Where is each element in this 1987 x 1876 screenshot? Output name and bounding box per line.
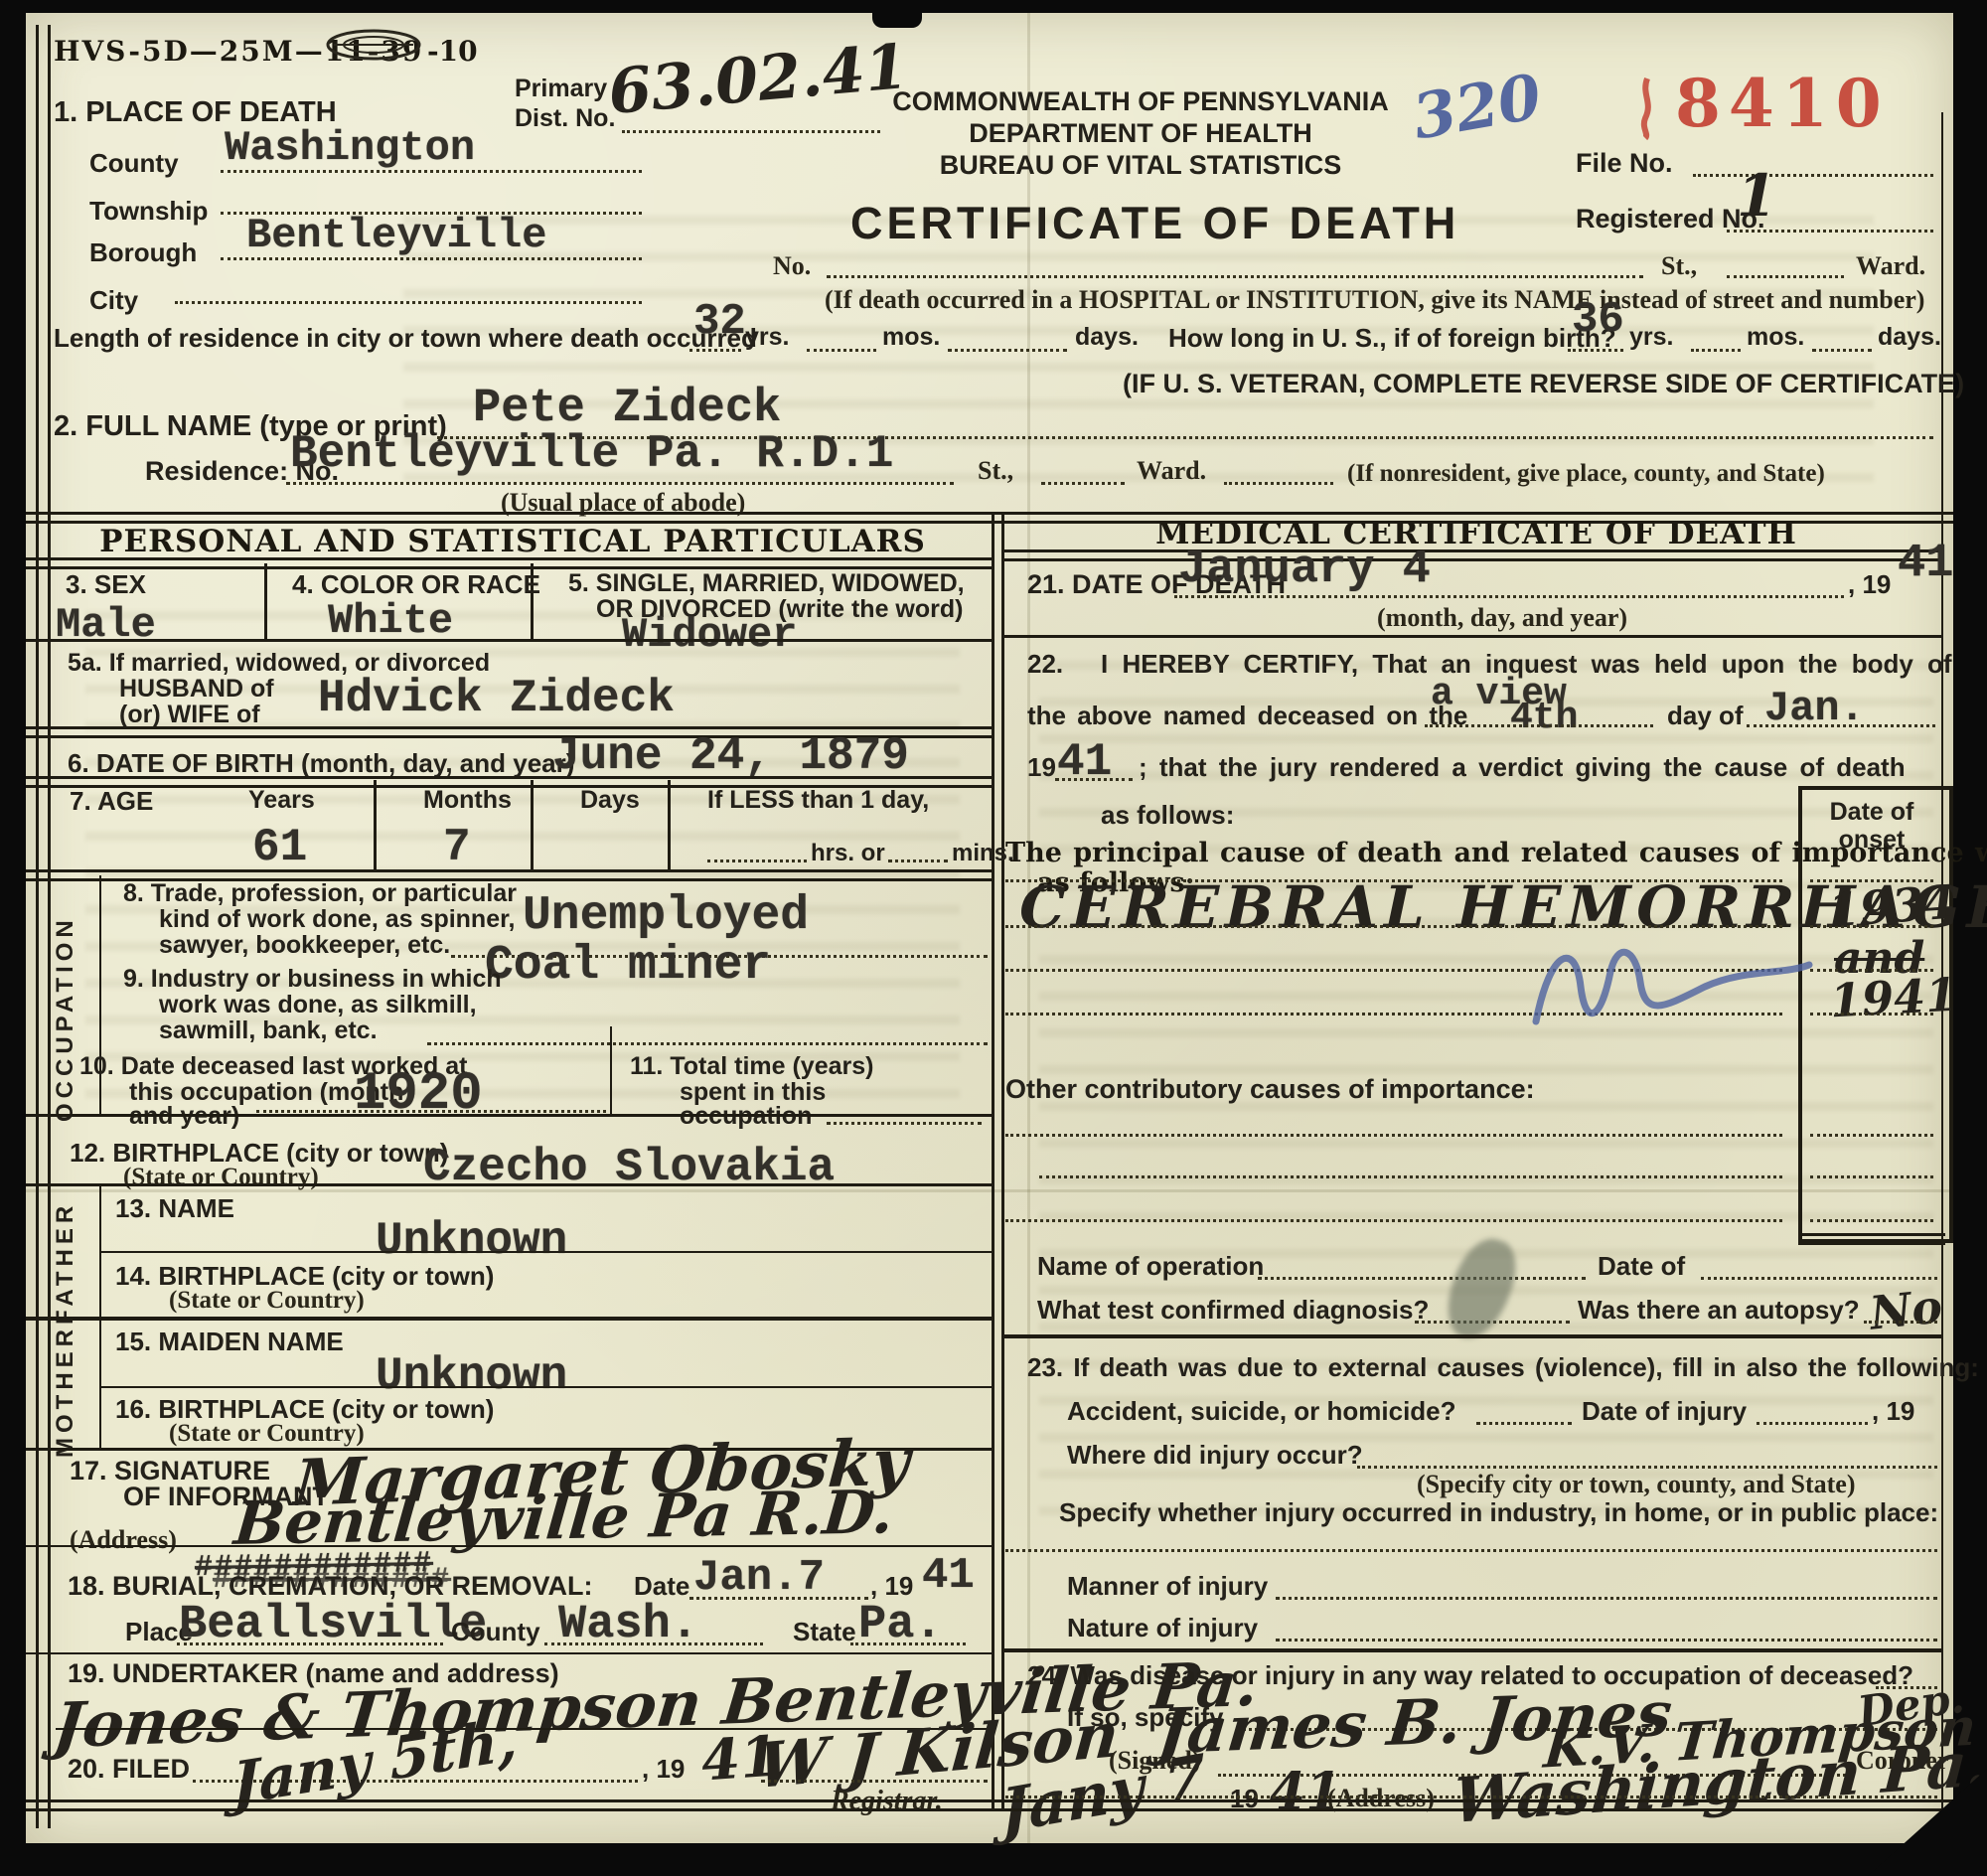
accident-label: Accident, suicide, or homicide? (1067, 1396, 1456, 1427)
city-label: City (89, 285, 138, 316)
dotted-line (1041, 482, 1125, 485)
rule (1798, 1233, 1945, 1245)
where-injury-label: Where did injury occur? (1067, 1440, 1363, 1471)
dotted-line (175, 301, 642, 304)
dotted-line (1747, 724, 1935, 727)
medical-section-title: MEDICAL CERTIFICATE OF DEATH (1009, 516, 1943, 551)
rule (99, 1386, 992, 1388)
scan-notch (872, 0, 922, 28)
cell-divider (99, 1321, 101, 1448)
emblem-suffix: -10 (427, 35, 478, 68)
day-of-label: day of (1667, 701, 1744, 731)
onset-year1-value[interactable]: 1934 (1826, 875, 1956, 938)
dotted-line (622, 130, 880, 133)
dotted-line (1810, 1175, 1933, 1178)
corner-cut (1868, 1769, 1987, 1876)
burial-state-label: State (793, 1617, 856, 1647)
operation-label: Name of operation (1037, 1251, 1264, 1282)
cell-divider (531, 780, 534, 871)
rule (1001, 635, 1943, 638)
wife-of-label: (or) WIFE of (119, 701, 260, 729)
burial-label: 18. BURIAL, CREMATION, OR REMOVAL: (68, 1571, 593, 1602)
dotted-line (1727, 275, 1844, 278)
county-value[interactable]: Washington (225, 124, 475, 172)
dotted-line (1810, 1134, 1933, 1137)
dotted-line (689, 1597, 868, 1600)
dotted-line (1258, 1277, 1586, 1280)
blue-index-number[interactable]: 320 (1408, 60, 1547, 153)
dotted-line (1039, 1175, 1782, 1178)
hospital-note: (If death occurred in a HOSPITAL or INST… (825, 285, 1924, 315)
rule (1001, 1334, 1943, 1338)
red-stamp-mark-icon (1633, 73, 1663, 142)
dotted-line (286, 482, 954, 485)
nature-of-injury-label: Nature of injury (1067, 1613, 1258, 1643)
county-label: County (89, 148, 179, 179)
father-side-label: FATHER (52, 1197, 79, 1325)
dotted-line (1005, 1134, 1782, 1137)
rule (26, 639, 992, 642)
dotted-line (1276, 1639, 1937, 1641)
rule (26, 1545, 992, 1547)
dotted-line (544, 1642, 763, 1645)
rule (26, 557, 992, 569)
age-months-label: Months (423, 786, 512, 815)
dotted-line (1693, 174, 1933, 177)
dod-note: (month, day, and year) (1377, 603, 1627, 633)
registered-no-value[interactable]: 1 (1737, 162, 1776, 230)
marital-value[interactable]: Widower (622, 611, 797, 659)
specify-where-label: Specify whether injury occurred in indus… (1059, 1497, 1938, 1528)
dotted-line (827, 275, 1643, 278)
manner-of-injury-label: Manner of injury (1067, 1571, 1268, 1602)
filed-label: 20. FILED (68, 1754, 190, 1785)
dotted-line (689, 349, 741, 352)
residence-length-label: Length of residence in city or town wher… (54, 323, 757, 354)
father-name-value[interactable]: Unknown (376, 1215, 567, 1267)
trade-label-2: kind of work done, as spinner, (159, 905, 515, 934)
certificate-paper: HVS-5D—25M—11-39 -10 1. PLACE OF DEATH P… (26, 13, 1953, 1843)
dob-value[interactable]: June 24, 1879 (552, 730, 909, 782)
primary-dist-label2: Dist. No. (515, 104, 615, 133)
yrs-label: yrs. (1629, 323, 1673, 352)
ward-label: Ward. (1856, 251, 1925, 281)
trade-label-3: sawyer, bookkeeper, etc. (159, 931, 450, 960)
township-label: Township (89, 196, 208, 227)
age-years-label: Years (248, 786, 315, 815)
burial-date-label: Date (634, 1571, 689, 1602)
mother-name-label: 15. MAIDEN NAME (115, 1327, 344, 1357)
cell-divider (610, 1026, 612, 1114)
dotted-line (1810, 1013, 1933, 1016)
dotted-line (948, 349, 1067, 352)
dob-label: 6. DATE OF BIRTH (month, day, and year) (68, 748, 574, 779)
certify-number: 22. (1027, 649, 1063, 680)
blue-pencil-scribble-icon (1506, 927, 1824, 1036)
operation-date-label: Date of (1598, 1251, 1685, 1282)
sex-label: 3. SEX (66, 569, 146, 600)
occupation-side-label: OCCUPATION (52, 903, 79, 1122)
trade-value[interactable]: Unemployed (523, 889, 809, 943)
industry-value[interactable]: Coal miner (485, 939, 771, 993)
certify-line3: ; that the jury rendered a verdict givin… (1139, 752, 1906, 783)
left-border-rule (48, 25, 51, 1828)
if-less-label: If LESS than 1 day, (707, 786, 929, 815)
state-country-note: (State or Country) (123, 1164, 319, 1191)
address-label: (Address) (70, 1525, 177, 1555)
inquest-day-value[interactable]: 4th (1510, 697, 1578, 739)
color-race-value[interactable]: White (328, 597, 453, 645)
rule (1001, 549, 1943, 561)
father-name-label: 13. NAME (115, 1193, 234, 1224)
no-label: No. (773, 251, 811, 281)
dotted-line (256, 1110, 606, 1113)
test-label: What test confirmed diagnosis? (1037, 1295, 1429, 1326)
as-follows-label: as follows: (1101, 800, 1234, 831)
burial-date-value[interactable]: Jan.7 (693, 1553, 825, 1603)
certificate-title: CERTIFICATE OF DEATH (850, 198, 1431, 249)
dotted-line (761, 1780, 988, 1783)
cell-divider (264, 563, 267, 639)
injury-year-prefix: , 19 (1872, 1396, 1914, 1427)
state-country-note: (State or Country) (169, 1287, 365, 1315)
dotted-line (427, 1042, 988, 1045)
dotted-line (1812, 349, 1872, 352)
external-causes-label: 23. If death was due to external causes … (1027, 1352, 1979, 1383)
trade-label-1: 8. Trade, profession, or particular (123, 879, 517, 908)
dotted-line (1691, 349, 1741, 352)
age-years-value[interactable]: 61 (252, 822, 307, 873)
cell-divider (668, 780, 671, 871)
dotted-line (807, 349, 876, 352)
dod-year-prefix: , 19 (1848, 569, 1891, 600)
autopsy-label: Was there an autopsy? (1578, 1295, 1860, 1326)
st-label: St., (978, 456, 1013, 486)
borough-value[interactable]: Bentleyville (246, 212, 546, 259)
dotted-line (1055, 778, 1133, 781)
husband-of-label: HUSBAND of (119, 675, 274, 703)
dod-year-value[interactable]: 41 (1898, 538, 1953, 590)
total-time-label-1: 11. Total time (years) (630, 1052, 873, 1081)
burial-county-label: County (451, 1617, 540, 1647)
dotted-line (1005, 1219, 1782, 1222)
dotted-line (1005, 1796, 1937, 1798)
rule (26, 1317, 992, 1321)
file-no-label: File No. (1576, 148, 1673, 179)
state-country-note: (State or Country) (169, 1420, 365, 1448)
rule (26, 1652, 992, 1654)
mother-side-label: MOTHER (52, 1330, 79, 1458)
dotted-line (177, 1642, 443, 1645)
org-line1: COMMONWEALTH OF PENNSYLVANIA (870, 86, 1411, 117)
burial-year-prefix: , 19 (870, 1571, 913, 1602)
color-race-label: 4. COLOR OR RACE (292, 569, 540, 600)
dotted-line (850, 1642, 966, 1645)
cell-divider (374, 780, 377, 871)
industry-label-3: sawmill, bank, etc. (159, 1016, 378, 1045)
dotted-line (1005, 1549, 1937, 1552)
red-file-stamp: 8410 (1675, 65, 1890, 142)
days-label: days. (1075, 323, 1139, 352)
dotted-line (1701, 1277, 1937, 1280)
date-of-death-value[interactable]: January 4 (1178, 544, 1431, 596)
cell-divider (99, 1183, 101, 1317)
burial-year-value[interactable]: 41 (922, 1551, 975, 1601)
age-days-label: Days (580, 786, 640, 815)
dotted-line (827, 1122, 982, 1125)
death-certificate-scan: HVS-5D—25M—11-39 -10 1. PLACE OF DEATH P… (0, 0, 1987, 1876)
yrs-label: yrs. (745, 323, 789, 352)
age-label: 7. AGE (70, 786, 153, 817)
spouse-value[interactable]: Hdvick Zideck (318, 673, 675, 724)
union-printing-label-icon (324, 27, 423, 63)
contributory-label: Other contributory causes of importance: (1005, 1074, 1535, 1105)
dotted-line (1425, 724, 1653, 727)
primary-dist-value[interactable]: 63.02.41 (605, 30, 910, 128)
residence-length-value[interactable]: 32 (693, 297, 746, 347)
onset-label2: onset (1798, 826, 1945, 855)
rule (1001, 1648, 1943, 1652)
dotted-line (1224, 482, 1333, 485)
injury-date-label: Date of injury (1582, 1396, 1747, 1427)
us-length-value[interactable]: 36 (1572, 295, 1624, 345)
specify-city-note: (Specify city or town, county, and State… (1417, 1470, 1856, 1499)
dotted-line (1810, 1219, 1933, 1222)
column-divider-rule (1001, 512, 1004, 1811)
nonresident-note: (If nonresident, give place, county, and… (1347, 460, 1825, 488)
filed-year-prefix: , 19 (642, 1754, 685, 1785)
rule (99, 1251, 992, 1253)
left-border-rule (36, 25, 39, 1828)
hrs-label: hrs. or (811, 840, 885, 867)
rule (26, 1114, 992, 1117)
age-months-value[interactable]: 7 (443, 822, 471, 873)
industry-label-2: work was done, as silkmill, (159, 991, 477, 1019)
dotted-line (707, 860, 807, 862)
bottom-border-rule (26, 1799, 1953, 1811)
org-line3: BUREAU OF VITAL STATISTICS (870, 150, 1411, 181)
dotted-line (221, 257, 642, 260)
column-divider-rule (992, 512, 994, 1811)
certify-line2: the above named deceased on the (1027, 701, 1467, 731)
certify-year-prefix: 19 (1027, 752, 1056, 783)
dotted-line (1568, 349, 1623, 352)
primary-dist-label: Primary (515, 75, 607, 103)
personal-section-title: PERSONAL AND STATISTICAL PARTICULARS (56, 524, 970, 559)
veteran-note: (IF U. S. VETERAN, COMPLETE REVERSE SIDE… (1123, 369, 1964, 399)
marital-label: 5. SINGLE, MARRIED, WIDOWED, (568, 569, 965, 598)
dotted-line (1276, 1597, 1937, 1600)
industry-label-1: 9. Industry or business in which (123, 965, 502, 994)
st-label: St., (1661, 251, 1697, 281)
dotted-line (888, 860, 948, 862)
ward-label: Ward. (1137, 456, 1206, 486)
dotted-line (1757, 1422, 1868, 1425)
onset-year2-value[interactable]: 1941 (1829, 968, 1959, 1028)
days-label: days. (1878, 323, 1941, 352)
rule (26, 1183, 992, 1186)
dotted-line (1864, 1321, 1937, 1324)
org-line2: DEPARTMENT OF HEALTH (870, 118, 1411, 149)
residence-value[interactable]: Bentleyville Pa. R.D.1 (290, 428, 893, 480)
dotted-line (221, 170, 642, 173)
dotted-line (1357, 1466, 1937, 1469)
mos-label: mos. (882, 323, 940, 352)
autopsy-value[interactable]: No (1867, 1279, 1944, 1339)
dotted-line (1476, 1422, 1572, 1425)
dotted-line (1727, 230, 1933, 233)
mos-label: mos. (1747, 323, 1804, 352)
onset-label1: Date of (1798, 798, 1945, 827)
borough-label: Borough (89, 237, 197, 268)
us-length-label: How long in U. S., if of foreign birth? (1168, 323, 1616, 354)
dotted-line (1174, 595, 1844, 598)
